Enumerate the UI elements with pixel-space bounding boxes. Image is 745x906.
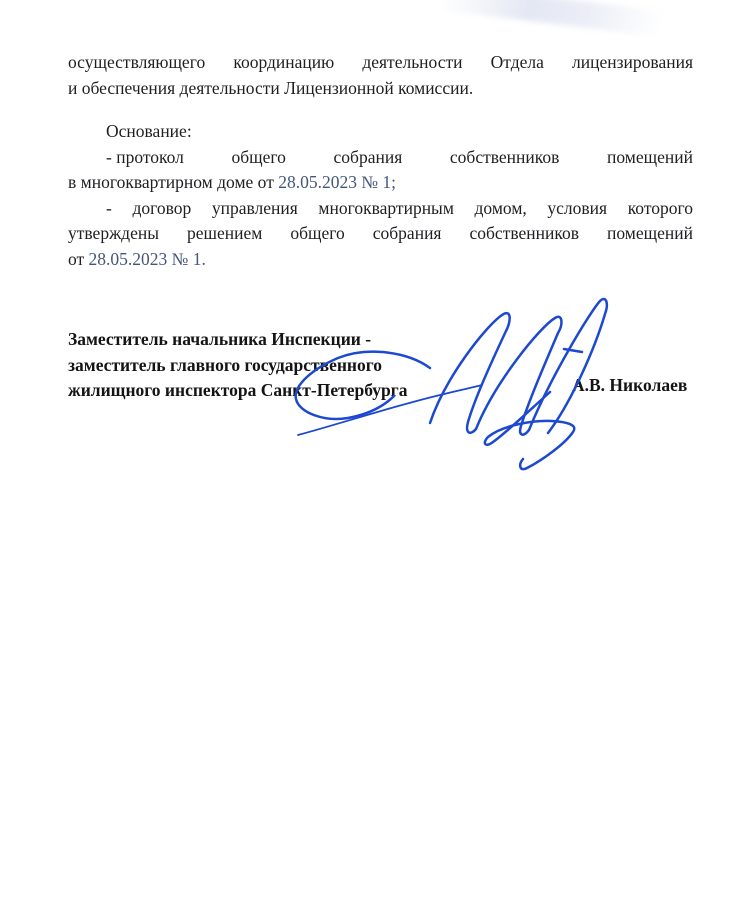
basis-item-2-line-2: утверждены решением общего собрания собс… [68,221,693,247]
document-page: осуществляющего координацию деятельности… [0,0,745,906]
handwritten-signature-ink [280,283,620,483]
basis-item-2-line-3: от 28.05.2023 № 1. [68,247,693,273]
basis-heading: Основание: [68,119,693,145]
basis-item-1-line-2-text: в многоквартирном доме от [68,172,278,192]
document-body: осуществляющего координацию деятельности… [68,50,693,272]
basis-item-1-rest: общего собрания собственников помещений [232,147,693,167]
basis-item-2-date: 28.05.2023 № 1. [89,249,206,269]
basis-item-1-line-1: - протокол общего собрания собственников… [68,145,693,171]
basis-item-2-line-3-text: от [68,249,89,269]
paragraph-1-line-1: осуществляющего координацию деятельности… [68,50,693,76]
paragraph-1-line-2: и обеспечения деятельности Лицензионной … [68,76,693,102]
basis-item-1-date: 28.05.2023 № 1; [278,172,396,192]
basis-item-2-line-1: - договор управления многоквартирным дом… [68,196,693,222]
basis-item-1-dash-word: - протокол [106,145,184,171]
scan-smudge [429,0,680,39]
basis-item-1-line-2: в многоквартирном доме от 28.05.2023 № 1… [68,170,693,196]
